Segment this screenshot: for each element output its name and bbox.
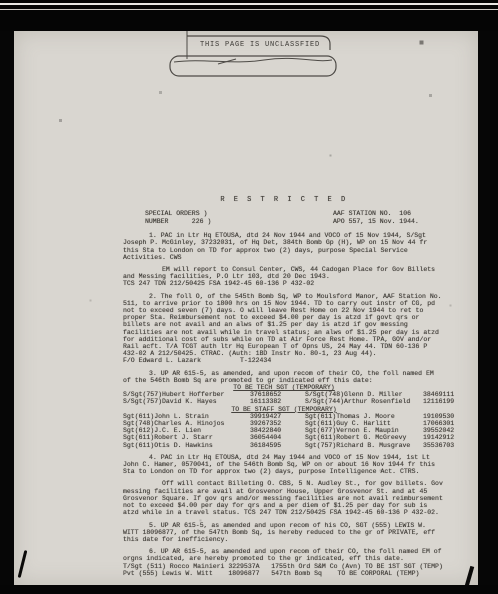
orders-header: SPECIAL ORDERS )NUMBER 226 ) AAF STATION… bbox=[123, 210, 445, 225]
promotion-line-1: T/Sgt (511) Rocco Mainieri 3229537A 1755… bbox=[123, 563, 445, 570]
roster-asn: 19109530 bbox=[423, 413, 454, 420]
paragraph-1-billets: EM will report to Consul Center, CWS, 44… bbox=[123, 266, 445, 280]
roster-name: S/Sgt(757)David K. Hayes bbox=[123, 398, 250, 405]
paragraph-1: 1. PAC in Ltr Hq ETOUSA, dtd 24 Nov 1944… bbox=[123, 232, 445, 261]
roster-asn: 16113382 bbox=[250, 398, 305, 405]
orders-number: NUMBER 226 ) bbox=[145, 218, 211, 225]
typed-content: R E S T R I C T E D SPECIAL ORDERS )NUMB… bbox=[123, 196, 445, 577]
scan-top-band bbox=[0, 0, 498, 31]
roster-asn: 36184595 bbox=[250, 442, 305, 449]
promotion-line-2: Pvt (555) Lewis W. Witt 18096877 547th B… bbox=[123, 570, 445, 577]
roster-name: Sgt(611)John L. Strain bbox=[123, 413, 250, 420]
scanned-document-page: { "doc": { "stamp_text": "THIS PAGE IS U… bbox=[0, 0, 498, 594]
roster-name: Sgt(611)Otis D. Hawkins bbox=[123, 442, 250, 449]
scan-edge-line bbox=[0, 3, 498, 5]
roster-asn: 12116199 bbox=[423, 398, 454, 405]
roster-asn: 36054404 bbox=[250, 434, 305, 441]
special-orders-label: SPECIAL ORDERS ) bbox=[145, 210, 207, 217]
flight-officer-line: F/O Edward L. Lazark T-122434 bbox=[123, 357, 445, 364]
scan-bottom-band bbox=[0, 585, 498, 594]
document-page: THIS PAGE IS UNCLASSFIED R E S T R I C T… bbox=[14, 31, 478, 585]
roster-asn: 35536703 bbox=[423, 442, 454, 449]
station-line: AAF STATION NO. 106 bbox=[333, 210, 411, 217]
paragraph-1-tcs-line: TCS 247 TDN 212/50425 FSA 1942-45 60-136… bbox=[123, 280, 445, 287]
scan-noise bbox=[0, 0, 1, 1]
roster-heading-staff-sgt: TO BE STAFF SGT (TEMPORARY) bbox=[123, 406, 445, 413]
roster-row: S/Sgt(757)David K. Hayes 16113382 S/Sgt(… bbox=[123, 398, 445, 405]
roster-name: Sgt(611)Robert G. McGreevy bbox=[305, 434, 423, 441]
unclassified-stamp: THIS PAGE IS UNCLASSFIED bbox=[164, 31, 349, 88]
roster-asn: 19142912 bbox=[423, 434, 454, 441]
stamp-text: THIS PAGE IS UNCLASSFIED bbox=[200, 41, 320, 49]
roster-name: S/Sgt(744)Arthur Rosenfield bbox=[305, 398, 423, 405]
roster-name: Sgt(757)Richard B. Musgrave bbox=[305, 442, 423, 449]
roster-name: Sgt(611)Robert J. Starr bbox=[123, 434, 250, 441]
roster-row: Sgt(611)John L. Strain 39919427 Sgt(611)… bbox=[123, 413, 445, 420]
apo-line: APO 557, 15 Nov. 1944. bbox=[333, 218, 419, 225]
paragraph-5: 5. UP AR 615-5, as amended and upon reco… bbox=[123, 522, 445, 544]
scan-edge-line-2 bbox=[0, 9, 498, 10]
roster-row: Sgt(611)Robert J. Starr 36054404 Sgt(611… bbox=[123, 434, 445, 441]
stamp-outline bbox=[170, 31, 336, 76]
paragraph-4-billeting: Off will contact Billeting O. CBS, 5 N. … bbox=[123, 480, 445, 516]
station-block: AAF STATION NO. 106APO 557, 15 Nov. 1944… bbox=[333, 210, 445, 225]
paragraph-6: 6. UP AR 615-5, as amended and upon reco… bbox=[123, 548, 445, 562]
paragraph-2: 2. The foll O, of the 545th Bomb Sq, WP … bbox=[123, 293, 445, 358]
roster-row: Sgt(611)Otis D. Hawkins 36184595 Sgt(757… bbox=[123, 442, 445, 449]
roster-name: Sgt(611)Thomas J. Moore bbox=[305, 413, 423, 420]
classification-banner: R E S T R I C T E D bbox=[123, 196, 445, 204]
roster-asn: 39919427 bbox=[250, 413, 305, 420]
paragraph-4: 4. PAC in Ltr Hq ETOUSA, dtd 24 May 1944… bbox=[123, 454, 445, 476]
special-orders-block: SPECIAL ORDERS )NUMBER 226 ) bbox=[123, 210, 333, 225]
paragraph-3: 3. UP AR 615-5, as amended, and upon rec… bbox=[123, 370, 445, 384]
